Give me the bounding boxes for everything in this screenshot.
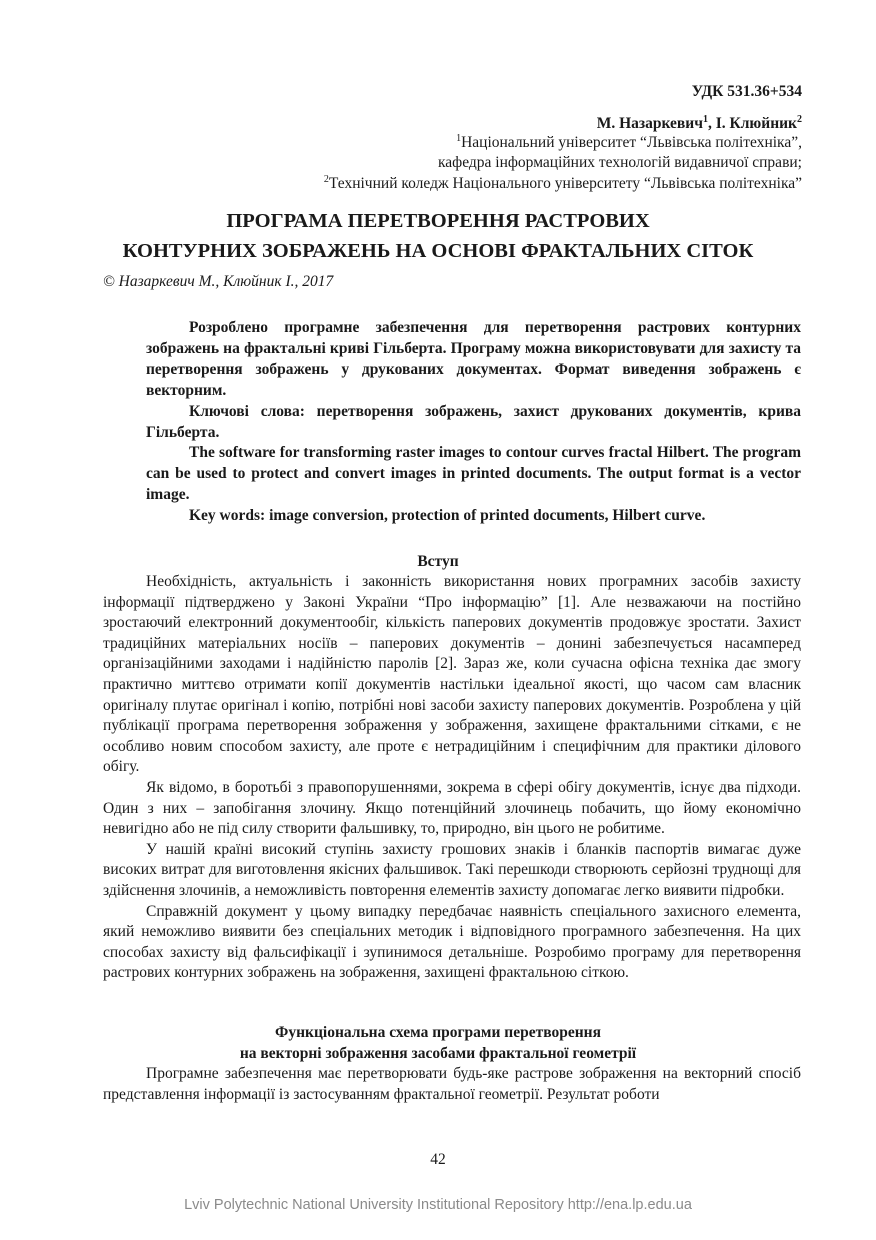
abstract-keywords: Key words: image conversion, protection …	[146, 505, 801, 526]
abstract-keywords: Ключові слова: перетворення зображень, з…	[146, 401, 801, 443]
section-heading-functional-scheme: Функціональна схема програми перетворенн…	[0, 1023, 876, 1064]
author-name: М. Назаркевич	[597, 115, 703, 132]
paragraph: Необхідність, актуальність і законність …	[103, 572, 801, 778]
section-body-functional-scheme: Програмне забезпечення має перетворювати…	[103, 1064, 801, 1105]
abstract-ukrainian: Розроблено програмне забезпечення для пе…	[146, 317, 801, 443]
paragraph: Як відомо, в боротьбі з правопорушеннями…	[103, 778, 801, 840]
abstract-english: The software for transforming raster ima…	[146, 442, 801, 526]
affiliation-text: Національний університет “Львівська полі…	[461, 134, 802, 151]
repository-footer: Lviv Polytechnic National University Ins…	[0, 1197, 876, 1213]
affiliation-1-department: кафедра інформаційних технологій видавни…	[438, 153, 802, 173]
copyright-line: © Назаркевич М., Клюйник І., 2017	[103, 273, 333, 291]
section-body-introduction: Необхідність, актуальність і законність …	[103, 572, 801, 984]
author-superscript: 2	[797, 114, 802, 125]
page-number: 42	[0, 1151, 876, 1169]
paper-title-line: КОНТУРНИХ ЗОБРАЖЕНЬ НА ОСНОВІ ФРАКТАЛЬНИ…	[0, 236, 876, 266]
section-heading-line: Функціональна схема програми перетворенн…	[0, 1023, 876, 1044]
author-separator: ,	[708, 115, 716, 132]
affiliation-text: Технічний коледж Національного університ…	[329, 175, 802, 192]
paper-title-line: ПРОГРАМА ПЕРЕТВОРЕННЯ РАСТРОВИХ	[0, 206, 876, 236]
paragraph: Справжній документ у цьому випадку перед…	[103, 902, 801, 984]
paragraph: У нашій країні високий ступінь захисту г…	[103, 840, 801, 902]
section-heading-introduction: Вступ	[0, 552, 876, 573]
section-heading-line: Вступ	[0, 552, 876, 573]
abstract-text: Розроблено програмне забезпечення для пе…	[146, 317, 801, 401]
affiliation-2: 2Технічний коледж Національного універси…	[324, 174, 802, 194]
affiliation-text: кафедра інформаційних технологій видавни…	[438, 154, 802, 171]
paragraph: Програмне забезпечення має перетворювати…	[103, 1064, 801, 1105]
authors-line: М. Назаркевич1, І. Клюйник2	[597, 115, 802, 133]
author-name: І. Клюйник	[716, 115, 797, 132]
affiliation-1: 1Національний університет “Львівська пол…	[456, 133, 802, 153]
udk-code: УДК 531.36+534	[692, 83, 802, 101]
section-heading-line: на векторні зображення засобами фракталь…	[0, 1044, 876, 1065]
abstract-text: The software for transforming raster ima…	[146, 442, 801, 505]
paper-title: ПРОГРАМА ПЕРЕТВОРЕННЯ РАСТРОВИХ КОНТУРНИ…	[0, 206, 876, 266]
